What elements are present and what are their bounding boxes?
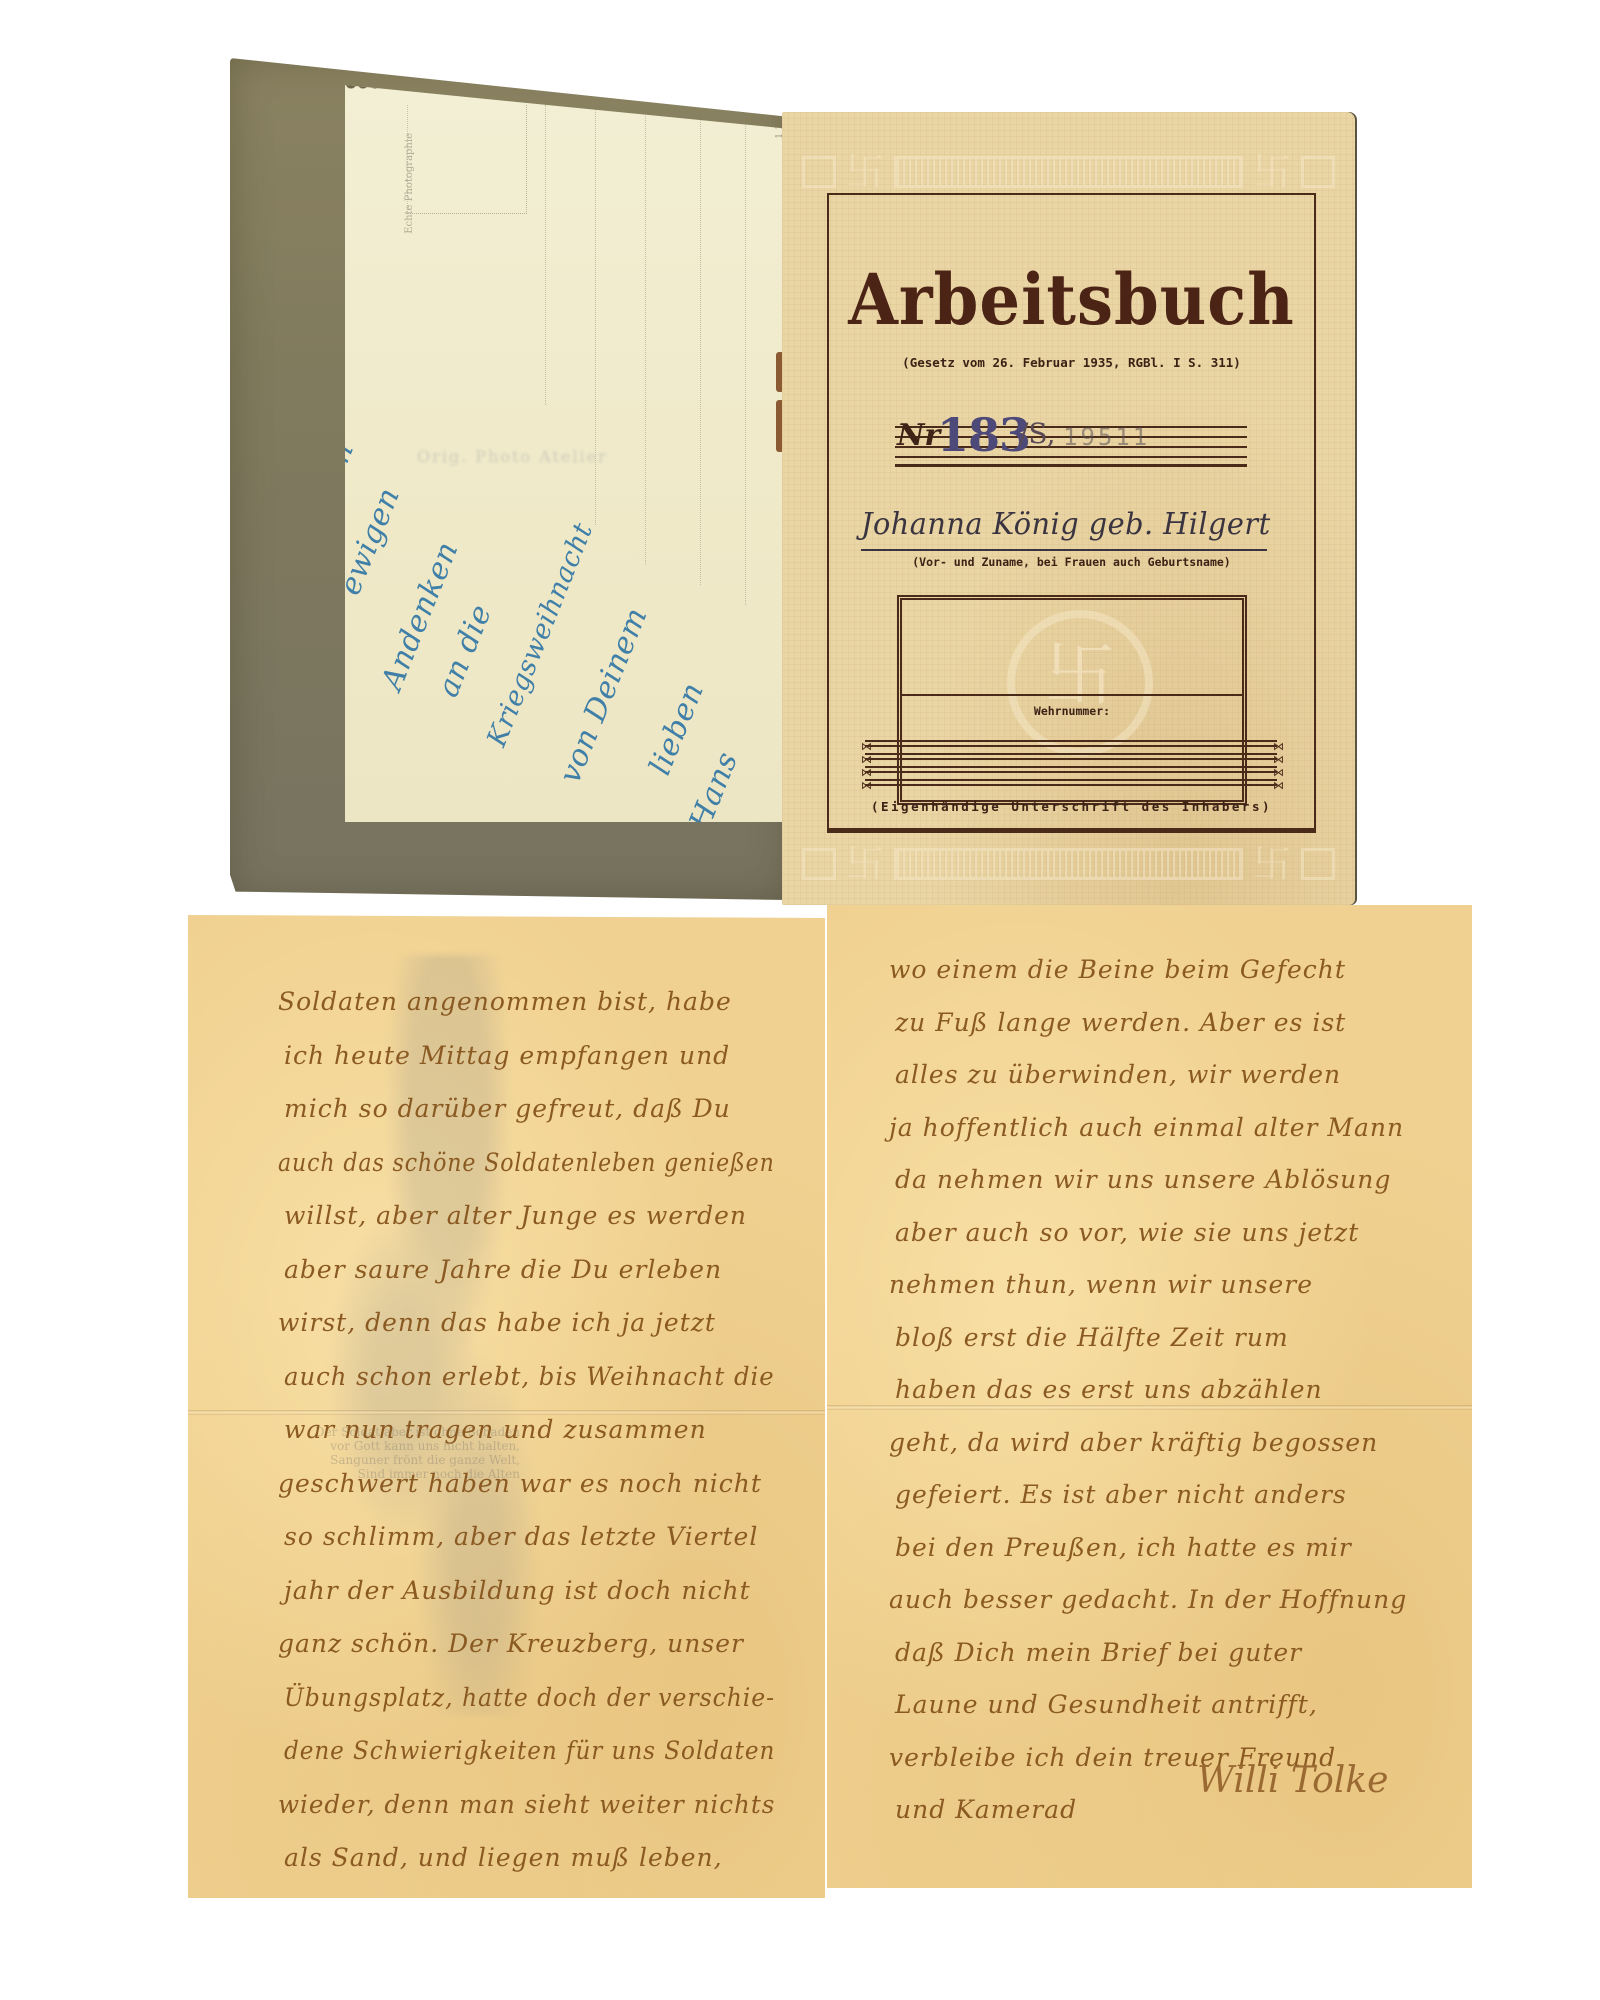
handwritten-line: bloß erst die Hälfte Zeit rum: [895, 1323, 1289, 1352]
number-prefix: Nr: [897, 418, 940, 453]
handwritten-line: gefeiert. Es ist aber nicht anders: [895, 1480, 1347, 1509]
postcard-divider-line: [545, 105, 546, 405]
letter-signature: Willi Tolke: [1197, 1760, 1388, 1801]
dedication-line: an die: [431, 600, 500, 702]
handwritten-line: bei den Preußen, ich hatte es mir: [895, 1533, 1352, 1562]
eagle-emblem-watermark-icon: 卐: [1007, 610, 1153, 756]
name-caption: (Vor- und Zuname, bei Frauen auch Geburt…: [829, 555, 1314, 569]
dedication-line: von Deinem: [553, 603, 655, 788]
box-divider: [902, 694, 1242, 696]
handwritten-line: willst, aber alter Junge es werden: [284, 1201, 747, 1230]
letter-left-text: Soldaten angenommen bist, habeich heute …: [188, 915, 825, 1898]
handwritten-line: zu Fuß lange werden. Aber es ist: [895, 1008, 1346, 1037]
arbeitsbuch-title-page: 卐 卐 卐 卐 Arbeitsbuch (Gesetz vom 26. Febr…: [782, 112, 1355, 905]
postcard-address-line: [645, 105, 646, 565]
handwritten-line: nehmen thun, wenn wir unsere: [889, 1270, 1313, 1299]
handwritten-line: so schlimm, aber das letzte Viertel: [284, 1522, 758, 1551]
handwritten-line: ich heute Mittag empfangen und: [284, 1041, 730, 1070]
watermark-symbol-icon: 卐: [846, 845, 884, 883]
handwritten-line: wirst, denn das habe ich ja jetzt: [278, 1308, 716, 1337]
watermark-symbol-icon: 卐: [846, 153, 884, 191]
handwritten-line: jahr der Ausbildung ist doch nicht: [284, 1576, 751, 1605]
handwritten-line: war nun tragen und zusammen: [284, 1415, 707, 1444]
handwritten-line: auch schon erlebt, bis Weihnacht die: [284, 1362, 775, 1391]
handwritten-line: wo einem die Beine beim Gefecht: [889, 955, 1346, 984]
handwritten-line: Übungsplatz, hatte doch der verschie-: [284, 1683, 775, 1712]
handwritten-line: haben das es erst uns abzählen: [895, 1375, 1323, 1404]
postcard-address-line: [745, 105, 746, 605]
handwritten-line: daß Dich mein Brief bei guter: [895, 1638, 1302, 1667]
wehrnummer-label: Wehrnummer:: [902, 704, 1242, 718]
handwritten-line: ja hoffentlich auch einmal alter Mann: [889, 1113, 1404, 1142]
signature-caption: (Eigenhändige Unterschrift des Inhabers): [829, 799, 1314, 814]
handwritten-line: Soldaten angenommen bist, habe: [278, 987, 732, 1016]
book-number: 183: [937, 408, 1030, 462]
watermark-band-top: 卐 卐: [802, 150, 1335, 194]
handwritten-line: geschwert haben war es noch nicht: [278, 1469, 762, 1498]
dedication-line: Hans: [683, 747, 746, 835]
law-reference: (Gesetz vom 26. Februar 1935, RGBl. I S.…: [829, 355, 1314, 370]
handwritten-line: als Sand, und liegen muß leben,: [284, 1843, 723, 1872]
handwritten-line: aber auch so vor, wie sie uns jetzt: [895, 1218, 1359, 1247]
watermark-symbol-icon: 卐: [1253, 153, 1291, 191]
handwritten-line: auch das schöne Soldatenleben genießen: [278, 1148, 775, 1177]
page-title: Arbeitsbuch: [829, 259, 1314, 342]
book-number-stamp: 19511: [1063, 423, 1150, 451]
dedication-line: lieben: [643, 678, 712, 780]
name-underline: [861, 549, 1267, 551]
letter-page-right: wo einem die Beine beim Gefechtzu Fuß la…: [827, 905, 1472, 1888]
holder-name: Johanna König geb. Hilgert: [861, 507, 1271, 542]
postcard-address-line: [700, 105, 701, 585]
watermark-symbol-icon: 卐: [1253, 845, 1291, 883]
handwritten-line: und Kamerad: [895, 1795, 1077, 1824]
line-end-ornament-icon: ⋈⋈⋈⋈: [861, 740, 872, 792]
postcard-photographer-stamp: Orig. Photo Atelier: [417, 447, 717, 473]
handwritten-line: alles zu überwinden, wir werden: [895, 1060, 1341, 1089]
postcard-verso: Echte Photographie 1 150 Orig. Photo Ate…: [345, 85, 793, 822]
handwritten-line: dene Schwierigkeiten für uns Soldaten: [284, 1736, 775, 1765]
handwritten-line: da nehmen wir uns unsere Ablösung: [895, 1165, 1391, 1194]
watermark-band-bottom: 卐 卐: [802, 842, 1335, 886]
handwritten-line: auch besser gedacht. In der Hoffnung: [889, 1585, 1407, 1614]
handwritten-line: mich so darüber gefreut, daß Du: [284, 1094, 731, 1123]
title-page-frame: Arbeitsbuch (Gesetz vom 26. Februar 1935…: [827, 193, 1316, 833]
handwritten-line: geht, da wird aber kräftig begossen: [889, 1428, 1378, 1457]
handwritten-line: Laune und Gesundheit antrifft,: [895, 1690, 1318, 1719]
signature-lines: [865, 740, 1277, 792]
line-end-ornament-icon: ⋈⋈⋈⋈: [1273, 740, 1284, 792]
book-number-suffix: /S,: [1019, 417, 1056, 450]
postcard-photo-label: Echte Photographie: [403, 133, 443, 234]
letter-page-left: Der Soldat aber ist ohne Schaden vor Got…: [188, 915, 825, 1898]
handwritten-line: wieder, denn man sieht weiter nichts: [278, 1790, 775, 1819]
handwritten-line: aber saure Jahre die Du erleben: [284, 1255, 722, 1284]
letter-right-text: wo einem die Beine beim Gefechtzu Fuß la…: [827, 905, 1472, 1888]
handwritten-line: ganz schön. Der Kreuzberg, unser: [278, 1629, 744, 1658]
